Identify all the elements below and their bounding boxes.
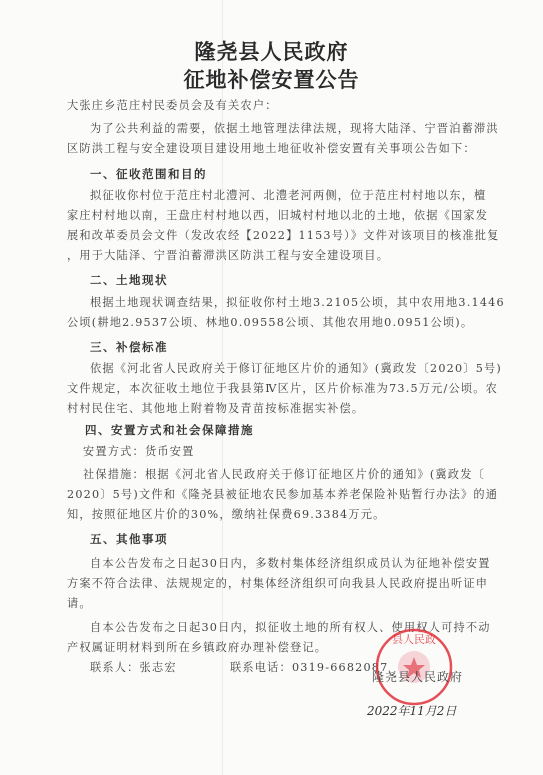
section-heading: 三、补偿标准	[67, 339, 515, 355]
intro-line: 为了公共利益的需要，依据土地管理法律法规，现将大陆泽、宁晋泊蓄滞洪	[67, 121, 515, 137]
body-line: 公顷(耕地2.9537公顷、林地0.09558公顷、其他农用地0.0951公顷)…	[67, 315, 492, 331]
section-heading: 一、征收范围和目的	[67, 166, 515, 182]
body-line: 村村民住宅、其他地上附着物及青苗按标准据实补偿。	[67, 401, 492, 417]
body-line: ，用于大陆泽、宁晋泊蓄滞洪区防洪工程与安全建设项目。	[67, 248, 492, 264]
body-line: 方案不符合法律、法规规定的，村集体经济组织可向我县人民政府提出听证申	[67, 576, 492, 592]
body-line: 拟征收你村位于范庄村北澧河、北澧老河两侧，位于范庄村村地以东，檀	[67, 188, 515, 204]
svg-text:县人民政: 县人民政	[392, 632, 436, 646]
document-title-line1: 隆尧县人民政府	[0, 36, 543, 66]
body-line: 社保措施：根据《河北省人民政府关于修订征地区片价的通知》(冀政发〔	[67, 467, 508, 483]
body-line: 自本公告发布之日起30日内，多数村集体经济组织成员认为征地补偿安置	[67, 556, 515, 572]
signature-date: 2022年11月2日	[367, 702, 456, 719]
body-line: 知，按照征地区片价的30%，缴纳社保费69.3384万元。	[67, 507, 492, 523]
section-heading: 二、土地现状	[67, 272, 515, 288]
body-line: 根据土地现状调查结果，拟征收你村土地3.2105公顷，其中农用地3.1446	[67, 295, 515, 311]
body-line: 文件规定，本次征收土地位于我县第Ⅳ区片，区片价标准为73.5万元/公顷。农	[67, 381, 492, 397]
signature-issuer: 隆尧县人民政府	[372, 668, 463, 685]
body-line: 依据《河北省人民政府关于修订征地区片价的通知》(冀政发〔2020〕5号)	[67, 361, 515, 377]
body-line: 展和改革委员会文件（发改农经【2022】1153号）》文件对该项目的核准批复	[67, 228, 492, 244]
section-heading: 四、安置方式和社会保障措施	[67, 422, 510, 438]
body-line: 2020〕5号)文件和《隆尧县被征地农民参加基本养老保险补贴暂行办法》的通	[67, 487, 492, 503]
body-line: 家庄村村地以南，王盘庄村村地以西，旧城村村地以北的土地，依据《国家发	[67, 208, 492, 224]
salutation: 大张庄乡范庄村民委员会及有关农户：	[67, 98, 492, 114]
body-line: 请。	[67, 596, 492, 612]
official-seal-icon: 县人民政	[374, 627, 454, 707]
intro-line: 区防洪工程与安全建设项目建设用地土地征收补偿安置有关事项公告如下：	[67, 141, 492, 157]
body-line: 安置方式：货币安置	[67, 444, 508, 460]
contact-phone: 联系电话：0319-6682087	[230, 660, 388, 676]
document-title-line2: 征地补偿安置公告	[0, 64, 543, 94]
section-heading: 五、其他事项	[67, 531, 515, 547]
